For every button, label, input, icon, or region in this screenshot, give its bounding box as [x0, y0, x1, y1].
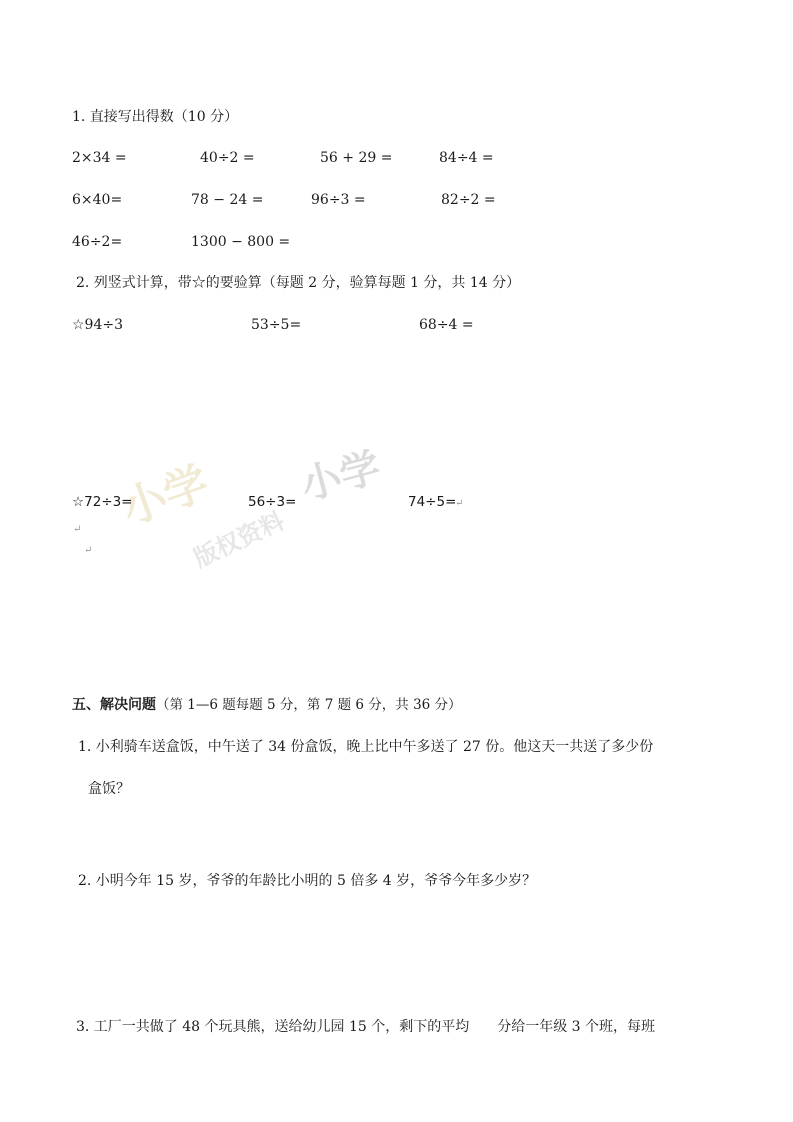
problem-1-line-1: 1. 小利骑车送盒饭，中午送了 34 份盒饭，晚上比中午多送了 27 份。他这天… — [78, 738, 653, 756]
problem-2-line-1: 2. 小明今年 15 岁，爷爷的年龄比小明的 5 倍多 4 岁，爷爷今年多少岁？ — [78, 872, 536, 890]
q2-item: ☆94÷3 — [72, 316, 123, 334]
q1-item: 40÷2 = — [200, 149, 255, 167]
section-heading: 五、解决问题（第 1—6 题每题 5 分，第 7 题 6 分，共 36 分） — [72, 696, 462, 714]
problem-3-line-1: 3. 工厂一共做了 48 个玩具熊，送给幼儿园 15 个，剩下的平均 分给一年级… — [76, 1018, 655, 1036]
paragraph-mark: ↵ — [73, 524, 81, 536]
watermark: 小学 版权资料 小学 — [100, 440, 400, 590]
watermark-text-1: 小学 — [112, 447, 217, 537]
worksheet-page: 小学 版权资料 小学 1. 直接写出得数（10 分） 2×34 = 40÷2 =… — [0, 0, 793, 1122]
watermark-text-2: 版权资料 — [187, 501, 289, 573]
q1-item: 96÷3 = — [311, 191, 366, 209]
paragraph-mark: ↵ — [84, 545, 92, 557]
section-title: 五、解决问题 — [72, 697, 156, 713]
q2-item: 74÷5= — [408, 493, 456, 511]
q1-item: 1300 − 800 = — [191, 233, 290, 251]
q1-item: 2×34 = — [72, 149, 127, 167]
q1-item: 56 + 29 = — [320, 149, 392, 167]
q2-item: ☆72÷3= — [72, 493, 133, 511]
q1-item: 78 − 24 = — [191, 191, 263, 209]
paragraph-mark: ↵ — [455, 498, 463, 510]
q1-item: 84÷4 = — [439, 149, 494, 167]
q2-item: 56÷3= — [248, 493, 296, 511]
section-note: （第 1—6 题每题 5 分，第 7 题 6 分，共 36 分） — [156, 697, 462, 713]
problem-1-line-2: 盒饭？ — [88, 780, 130, 798]
q1-item: 82÷2 = — [441, 191, 496, 209]
q2-item: 68÷4 = — [419, 316, 474, 334]
q2-item: 53÷5= — [251, 316, 301, 334]
q1-title: 1. 直接写出得数（10 分） — [72, 108, 238, 126]
q2-title: 2. 列竖式计算，带☆的要验算（每题 2 分，验算每题 1 分，共 14 分） — [76, 274, 520, 292]
watermark-text-3: 小学 — [294, 436, 386, 512]
q1-item: 6×40= — [72, 191, 122, 209]
q1-item: 46÷2= — [72, 233, 122, 251]
